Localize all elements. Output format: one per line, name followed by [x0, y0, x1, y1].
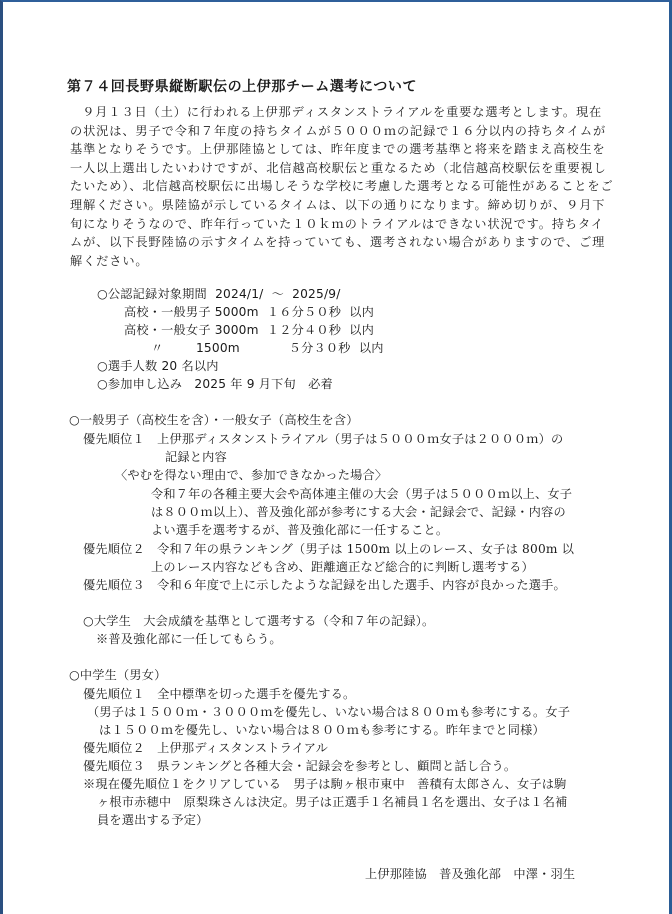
priority-1: 優先順位１ 全中標準を切った選手を優先する。	[83, 685, 355, 703]
exception-text: よい選手を選考するが、普及強化部に一任すること。	[151, 521, 448, 539]
document-title: 第７４回長野県縦断駅伝の上伊那チーム選考について	[67, 76, 417, 96]
current-status-note: ※現在優先順位１をクリアしている 男子は駒ヶ根市東中 善積有太郎さん、女子は駒	[83, 775, 567, 793]
women-1500-standard: 〃 1500m ５分３０秒 以内	[151, 339, 384, 357]
priority-3: 優先順位３ 令和６年度で上に示したような記録を出した選手、内容が良かった選手。	[83, 576, 566, 594]
priority-3: 優先順位３ 県ランキングと各種大会・記録会を参考とし、顧問と話し合う。	[83, 757, 516, 775]
current-status-note: 員を選出する予定）	[97, 811, 209, 829]
university-criteria: ○大学生 大会成績を基準として選考する（令和７年の記録）。	[83, 612, 434, 630]
record-period: ○公認記録対象期間 2024/1/ ～ 2025/9/	[97, 285, 341, 303]
priority-2: 優先順位２ 令和７年の県ランキング（男子は 1500m 以上のレース、女子は 8…	[83, 540, 574, 558]
priority-2-cont: 上のレース内容なども含め、距離適正など総合的に判断し選考する）	[151, 558, 534, 576]
signature: 上伊那陸協 普及強化部 中澤・羽生	[365, 865, 575, 883]
exception-text: 令和７年の各種主要大会や高体連主催の大会（男子は５０００ｍ以上、女子	[151, 485, 572, 503]
priority-1-note: （男子は１５００ｍ・３０００ｍを優先し、いない場合は８００ｍも参考にする。女子	[87, 703, 570, 721]
section-heading: ○一般男子（高校生を含）・一般女子（高校生を含）	[69, 411, 359, 429]
document-page: 第７４回長野県縦断駅伝の上伊那チーム選考について ９月１３日（土）に行われる上伊…	[0, 0, 672, 914]
current-status-note: ヶ根市赤穂中 原梨珠さんは決定。男子は正選手１名補員１名を選出、女子は１名補	[97, 793, 568, 811]
priority-1: 優先順位１ 上伊那ディスタンストライアル（男子は５０００ｍ女子は２０００ｍ）の	[83, 430, 563, 448]
application-deadline: ○参加申し込み 2025 年 9 月下旬 必着	[97, 375, 333, 393]
intro-paragraph: ９月１３日（土）に行われる上伊那ディスタンストライアルを重要な選考とします。現在…	[70, 103, 615, 270]
priority-1-note: は１５００ｍを優先し、いない場合は８００ｍも参考にする。昨年までと同様）	[99, 721, 545, 739]
priority-1-cont: 記録と内容	[165, 448, 227, 466]
women-3000-standard: 高校・一般女子 3000m １２分４０秒 以内	[124, 321, 374, 339]
athlete-count: ○選手人数 20 名以内	[97, 357, 219, 375]
exception-heading: 〈やむを得ない理由で、参加できなかった場合〉	[115, 466, 387, 484]
section-heading: ○中学生（男女）	[69, 666, 167, 684]
exception-text: は８００ｍ以上）、普及強化部が参考にする大会・記録会で、記録・内容の	[151, 503, 566, 521]
university-note: ※普及強化部に一任してもらう。	[96, 630, 282, 648]
men-5000-standard: 高校・一般男子 5000m １６分５０秒 以内	[124, 303, 374, 321]
priority-2: 優先順位２ 上伊那ディスタンストライアル	[83, 739, 328, 757]
